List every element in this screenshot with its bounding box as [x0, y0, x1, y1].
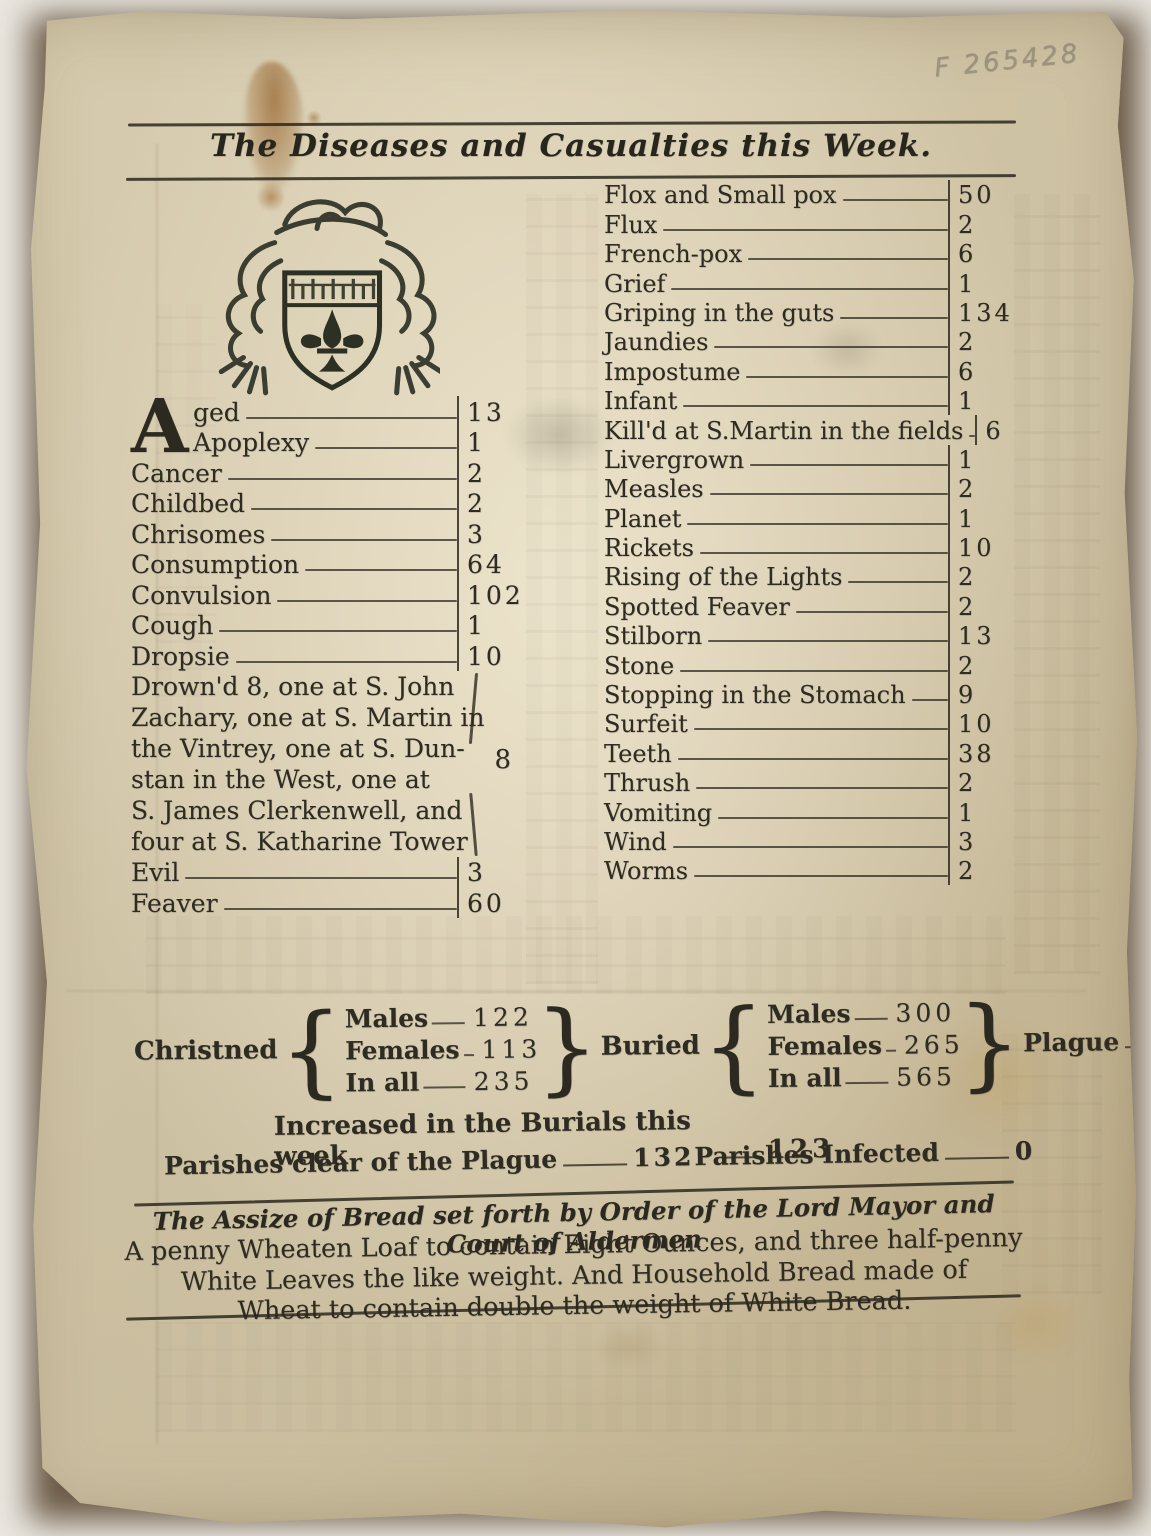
mortality-list-left: Aged13Apoplexy1Cancer2Childbed2Chrisomes…	[131, 396, 523, 918]
cause-count: 1	[948, 445, 1014, 474]
leader-line	[432, 1022, 465, 1024]
cause-count: 3	[457, 857, 523, 888]
leader-line	[464, 1054, 474, 1056]
cause-count: 6	[948, 239, 1014, 268]
leader-line	[687, 523, 948, 525]
leader-line	[855, 1018, 888, 1020]
cause-count: 64	[457, 549, 523, 580]
bleedthrough-texture	[146, 916, 1006, 994]
cause-count: 8	[494, 745, 511, 776]
table-row: Planet1	[604, 503, 1014, 532]
cause-count: 13	[948, 621, 1014, 650]
paragraph-line: Zachary, one at S. Martin in	[131, 702, 469, 733]
table-row: Cough1	[131, 610, 523, 641]
summary-label: Females	[345, 1035, 464, 1065]
cause-label: Chrisomes	[131, 520, 271, 549]
paragraph-line: the Vintrey, one at S. Dun-	[131, 733, 469, 764]
leader-line	[945, 1157, 1009, 1160]
cause-count: 60	[457, 887, 523, 918]
leader-line	[678, 758, 948, 760]
paragraph-line: Drown'd 8, one at S. John	[131, 671, 469, 702]
summary-section: Christned { Males122Females113In all235 …	[134, 994, 1019, 1099]
bleedthrough-texture	[156, 1322, 1016, 1432]
leader-line	[714, 346, 948, 348]
table-row: Infant1	[604, 386, 1014, 415]
leader-line	[271, 539, 457, 541]
cause-label: Feaver	[131, 889, 224, 918]
cause-label: Cancer	[131, 459, 228, 488]
buried-label: Buried	[601, 1031, 700, 1062]
age-stain	[594, 1324, 664, 1370]
cause-count: 2	[948, 591, 1014, 620]
cause-label: Convulsion	[131, 581, 277, 610]
summary-label: Males	[767, 999, 855, 1029]
cause-label: Worms	[604, 857, 694, 885]
table-row: Consumption64	[131, 549, 523, 580]
cause-label: Rising of the Lights	[604, 563, 848, 591]
cause-label: Teeth	[604, 740, 678, 768]
leader-line	[683, 405, 948, 407]
cause-label: Livergrown	[604, 446, 750, 474]
table-row: Flox and Small pox50	[604, 180, 1014, 209]
summary-row: Females265	[767, 1027, 955, 1061]
leader-line	[246, 417, 457, 419]
table-row: Stopping in the Stomach9	[604, 680, 1014, 709]
cause-count: 38	[948, 738, 1014, 767]
leader-line	[796, 611, 948, 613]
cause-count: 1	[948, 797, 1014, 826]
cause-count: 2	[948, 327, 1014, 356]
cause-count: 13	[457, 396, 523, 427]
cause-label: Consumption	[131, 550, 305, 579]
cause-count: 102	[457, 579, 523, 610]
table-row: Chrisomes3	[131, 518, 523, 549]
cause-count: 6	[975, 415, 1014, 444]
cause-label: Spotted Feaver	[604, 593, 796, 621]
table-row: French-pox6	[604, 239, 1014, 268]
paragraph-line: S. James Clerkenwell, and	[131, 795, 469, 826]
table-row: Apoplexy1	[193, 427, 523, 458]
parishes-clear-value: 132	[633, 1142, 695, 1172]
cause-label: Flux	[604, 211, 663, 239]
cause-label: French-pox	[604, 240, 748, 268]
leader-line	[228, 478, 457, 480]
cause-label: Infant	[604, 387, 683, 415]
cause-count: 1	[948, 268, 1014, 297]
cause-count: 10	[948, 533, 1014, 562]
cause-label: Apoplexy	[193, 428, 315, 457]
leader-line	[315, 447, 457, 449]
cause-count: 10	[457, 640, 523, 671]
leader-line	[848, 581, 948, 583]
table-row: Measles2	[604, 474, 1014, 503]
mortality-list-right: Flox and Small pox50Flux2French-pox6Grie…	[604, 180, 1014, 885]
table-row: Flux2	[604, 209, 1014, 238]
cause-count: 1	[948, 503, 1014, 532]
cause-count: 9	[948, 680, 1014, 709]
cause-label: ged	[193, 398, 246, 427]
christened-label: Christned	[134, 1035, 278, 1067]
leader-line	[886, 1050, 896, 1052]
leader-line	[423, 1086, 466, 1088]
leader-line	[694, 728, 948, 730]
open-brace: {	[701, 1003, 766, 1089]
parishes-clear-label: Parishes clear of the Plague	[164, 1145, 558, 1181]
cause-label: Rickets	[604, 534, 700, 562]
leader-line	[219, 630, 457, 632]
leader-line	[718, 817, 948, 819]
cause-label: Measles	[604, 475, 710, 503]
document-sheet: F 265428 The Diseases and Casualties thi…	[6, 4, 1144, 1532]
close-brace: }	[957, 1000, 1022, 1086]
cause-count: 1	[948, 386, 1014, 415]
cause-label: Cough	[131, 611, 219, 640]
table-row: Evil3	[131, 857, 523, 888]
summary-value: 265	[896, 1030, 964, 1060]
cause-count: 1	[457, 427, 523, 458]
table-row: Childbed2	[131, 488, 523, 519]
table-row: Impostume6	[604, 356, 1014, 385]
summary-label: In all	[345, 1068, 423, 1098]
leader-line	[696, 787, 948, 789]
table-row: Griping in the guts134	[604, 298, 1014, 327]
parishes-infected-value: 0	[1015, 1136, 1036, 1165]
leader-line	[710, 493, 948, 495]
summary-row: In all565	[768, 1059, 956, 1093]
leader-line	[277, 600, 457, 602]
summary-row: Males300	[767, 995, 955, 1029]
cause-label: Vomiting	[604, 799, 718, 827]
leader-line	[840, 317, 948, 319]
table-row: Worms2	[604, 856, 1014, 885]
summary-value: 565	[888, 1062, 956, 1092]
summary-row: In all235	[345, 1063, 533, 1097]
table-row: Thrush2	[604, 768, 1014, 797]
summary-label: Males	[345, 1004, 433, 1034]
table-row: Spotted Feaver2	[604, 591, 1014, 620]
paragraph-line: stan in the West, one at	[131, 764, 469, 795]
cause-label: Jaundies	[604, 328, 714, 356]
cause-label: Surfeit	[604, 710, 694, 738]
summary-label: In all	[768, 1063, 846, 1093]
cause-count: 2	[948, 209, 1014, 238]
cause-count: 3	[948, 827, 1014, 856]
cause-count: 134	[948, 298, 1014, 327]
cause-label: Impostume	[604, 358, 746, 386]
leader-line	[185, 877, 457, 879]
cause-count: 6	[948, 356, 1014, 385]
table-row: Stilborn13	[604, 621, 1014, 650]
leader-line	[750, 464, 948, 466]
table-row: Vomiting1	[604, 797, 1014, 826]
bleedthrough-texture	[1014, 194, 1100, 974]
cause-label: Stopping in the Stomach	[604, 681, 912, 709]
leader-line	[694, 875, 948, 877]
summary-value: 113	[473, 1034, 541, 1064]
cause-count: 10	[948, 709, 1014, 738]
leader-line	[236, 661, 457, 663]
parishes-infected: Parishes Infected 0	[694, 1136, 1035, 1171]
table-row: Jaundies2	[604, 327, 1014, 356]
dropcap-letter: A	[131, 398, 188, 456]
cause-label: Planet	[604, 505, 687, 533]
leader-line	[912, 699, 948, 701]
cause-count: 3	[457, 518, 523, 549]
plague-label: Plague	[1023, 1027, 1119, 1057]
leader-line	[843, 199, 948, 201]
summary-label: Females	[767, 1031, 886, 1061]
cause-label: Stilborn	[604, 622, 708, 650]
leader-line	[224, 908, 457, 910]
table-row: Rickets10	[604, 533, 1014, 562]
leader-line	[700, 552, 948, 554]
table-row: Teeth38	[604, 738, 1014, 767]
cause-count: 2	[948, 856, 1014, 885]
assize-body: A penny Wheaten Loaf to contain Eight Ou…	[123, 1223, 1024, 1329]
cause-count: 1	[457, 610, 523, 641]
bleedthrough-texture	[526, 194, 598, 984]
leader-line	[563, 1163, 627, 1166]
leader-line	[673, 846, 948, 848]
cause-count: 2	[457, 457, 523, 488]
buried-group: Buried { Males300Females265In all565 }	[600, 994, 1023, 1094]
close-brace: }	[535, 1004, 600, 1090]
table-row: Dropsie10	[131, 640, 523, 671]
cause-label: Kill'd at S.Martin in the fields	[604, 417, 969, 445]
table-row: Feaver60	[131, 887, 523, 918]
cause-label: Dropsie	[131, 642, 236, 671]
cause-label: Childbed	[131, 489, 251, 518]
table-row: Convulsion102	[131, 579, 523, 610]
leader-line	[680, 670, 948, 672]
leader-line	[663, 229, 948, 231]
cause-label: Stone	[604, 652, 680, 680]
cause-count: 50	[948, 180, 1014, 209]
cause-count: 2	[948, 768, 1014, 797]
paragraph-line: four at S. Katharine Tower	[131, 826, 469, 857]
cause-count: 2	[948, 474, 1014, 503]
table-row: Rising of the Lights2	[604, 562, 1014, 591]
christened-group: Christned { Males122Females113In all235 …	[134, 999, 602, 1100]
table-row: ged13	[193, 396, 523, 427]
cause-count: 2	[948, 562, 1014, 591]
cause-count: 2	[948, 650, 1014, 679]
cause-label: Wind	[604, 828, 673, 856]
cause-count: 2	[457, 488, 523, 519]
summary-value: 235	[466, 1066, 534, 1096]
cause-label: Evil	[131, 858, 185, 887]
summary-row: Females113	[345, 1031, 533, 1065]
cause-label: Grief	[604, 270, 671, 298]
table-row: Stone2	[604, 650, 1014, 679]
cause-label: Flox and Small pox	[604, 181, 843, 209]
leader-line	[846, 1082, 889, 1084]
parishes-infected-label: Parishes Infected	[694, 1138, 939, 1171]
table-row: Surfeit10	[604, 709, 1014, 738]
table-row: Grief1	[604, 268, 1014, 297]
cause-label: Griping in the guts	[604, 299, 840, 327]
summary-value: 300	[887, 998, 955, 1028]
leader-line	[671, 288, 948, 290]
table-row: Livergrown1	[604, 445, 1014, 474]
open-brace: {	[279, 1007, 344, 1093]
header-rule-top	[128, 120, 1016, 126]
summary-row: Males122	[345, 999, 533, 1033]
coat-of-arms-icon	[188, 180, 440, 402]
page-title: The Diseases and Casualties this Week.	[126, 128, 1016, 164]
leader-line	[305, 569, 457, 571]
parishes-clear: Parishes clear of the Plague 132	[164, 1142, 695, 1180]
leader-line	[748, 258, 948, 260]
summary-value: 122	[465, 1002, 533, 1032]
table-row: Cancer2	[131, 457, 523, 488]
drowned-paragraph: Drown'd 8, one at S. JohnZachary, one at…	[131, 671, 523, 857]
cause-label: Thrush	[604, 769, 696, 797]
table-row: Wind3	[604, 827, 1014, 856]
leader-line	[708, 640, 948, 642]
catalog-annotation: F 265428	[933, 38, 1082, 83]
table-row: Kill'd at S.Martin in the fields6	[604, 415, 1014, 444]
leader-line	[251, 508, 457, 510]
leader-line	[746, 376, 948, 378]
